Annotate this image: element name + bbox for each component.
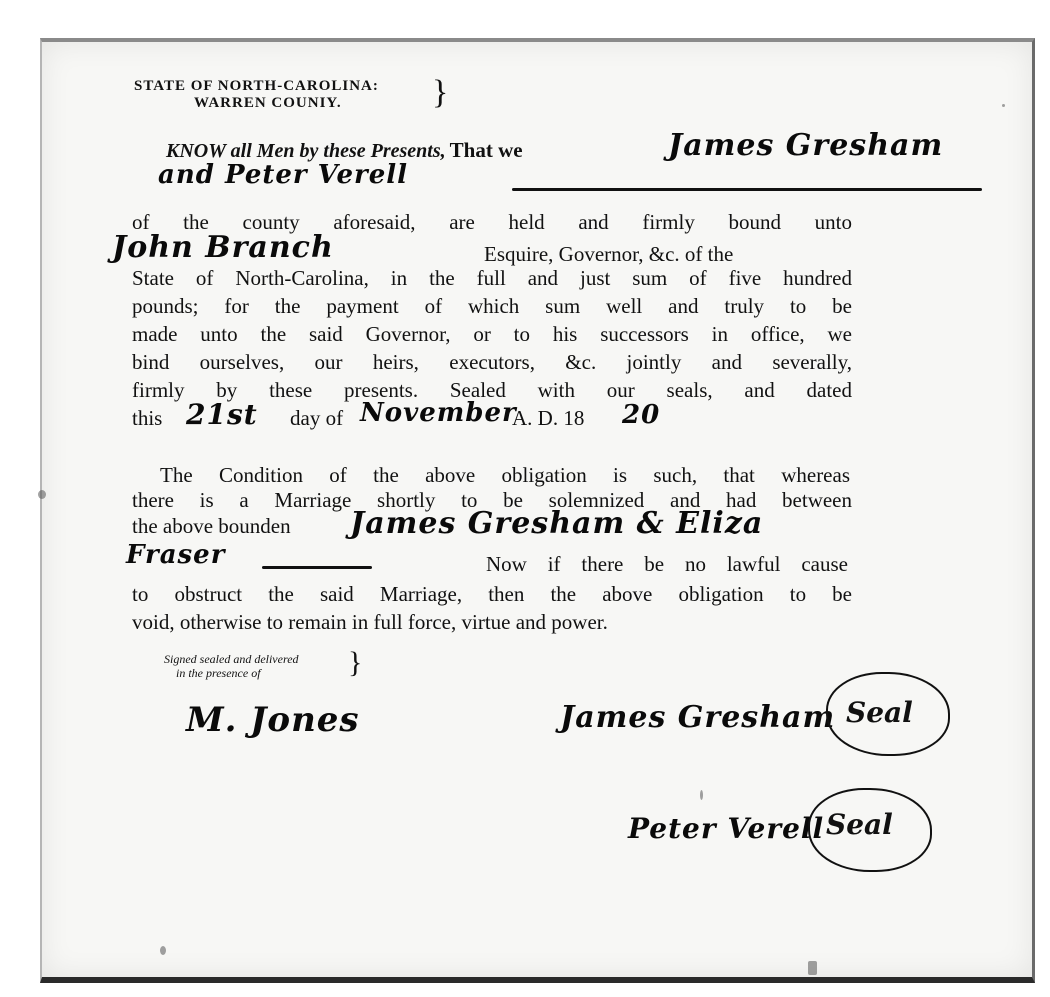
handwritten-governor: John Branch bbox=[112, 230, 334, 265]
date-this: this bbox=[132, 404, 162, 432]
body-line-3: State of North-Carolina, in the full and… bbox=[132, 264, 852, 292]
ink-speck bbox=[1002, 104, 1005, 107]
condition-line-1: The Condition of the above obligation is… bbox=[160, 461, 850, 489]
closing-line-2: to obstruct the said Marriage, then the … bbox=[132, 580, 852, 608]
date-ad: A. D. 18 bbox=[512, 404, 584, 432]
ink-speck bbox=[38, 490, 46, 499]
handwritten-bride-surname: Fraser bbox=[126, 540, 225, 570]
condition-line-3: the above bounden bbox=[132, 512, 291, 540]
body-line-6: bind ourselves, our heirs, executors, &c… bbox=[132, 348, 852, 376]
witness-label-2: in the presence of bbox=[176, 666, 261, 681]
signature-peter-verell: Peter Verell bbox=[628, 812, 824, 845]
seal-2-label: Seal bbox=[826, 808, 893, 841]
handwritten-day: 21st bbox=[186, 398, 258, 431]
that-we: That we bbox=[450, 138, 523, 162]
handwritten-principal: James Gresham bbox=[668, 128, 943, 163]
handwritten-year: 20 bbox=[622, 400, 660, 430]
signature-james-gresham: James Gresham bbox=[560, 700, 835, 735]
know-all-men: KNOW all Men by these Presents, bbox=[166, 140, 446, 162]
header-county: WARREN COUNIY. bbox=[194, 95, 342, 112]
witness-brace: } bbox=[348, 648, 362, 678]
date-day-of: day of bbox=[290, 404, 343, 432]
body-line-4: pounds; for the payment of which sum wel… bbox=[132, 292, 852, 320]
body-line-5: made unto the said Governor, or to his s… bbox=[132, 320, 852, 348]
ink-speck bbox=[700, 790, 703, 800]
witness-label-1: Signed sealed and delivered bbox=[164, 652, 299, 667]
handwritten-surety: and Peter Verell bbox=[158, 160, 408, 190]
fill-line bbox=[262, 566, 372, 569]
fill-line bbox=[512, 188, 982, 191]
seal-1-label: Seal bbox=[846, 696, 913, 729]
handwritten-parties: James Gresham & Eliza bbox=[350, 506, 763, 541]
header-brace: } bbox=[432, 76, 448, 110]
handwritten-month: November bbox=[360, 398, 517, 428]
ink-speck bbox=[160, 946, 166, 955]
closing-line-1: Now if there be no lawful cause bbox=[486, 550, 848, 578]
closing-line-3: void, otherwise to remain in full force,… bbox=[132, 608, 608, 636]
header-state: STATE OF NORTH-CAROLINA: bbox=[134, 78, 379, 95]
ink-speck bbox=[808, 961, 817, 975]
witness-signature: M. Jones bbox=[186, 700, 360, 740]
